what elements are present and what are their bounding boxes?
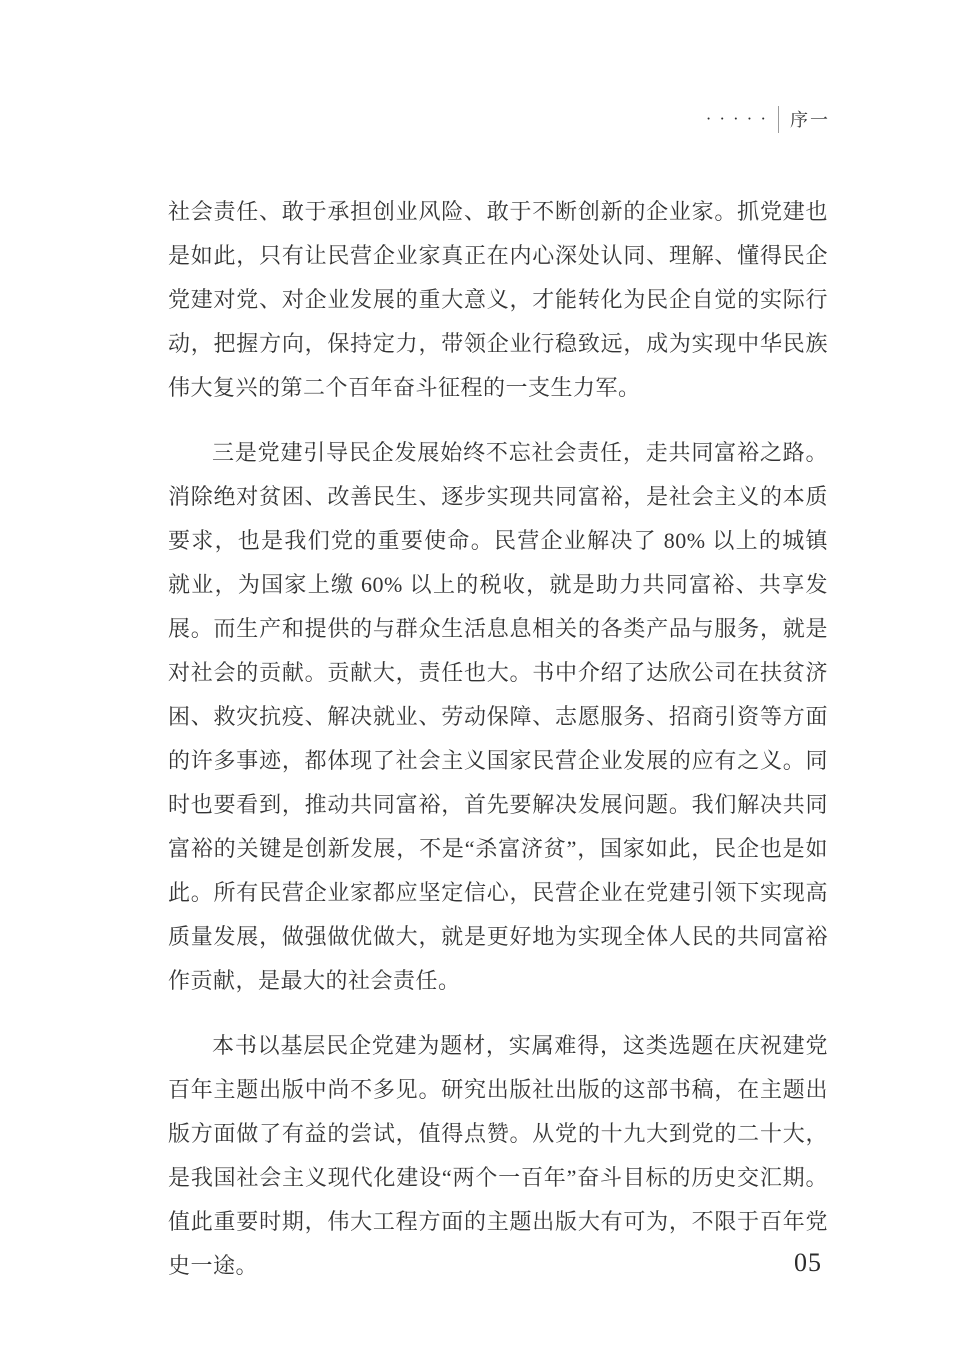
paragraph: 三是党建引导民企发展始终不忘社会责任，走共同富裕之路。消除绝对贫困、改善民生、逐… (168, 431, 828, 1003)
header-dots: ····· (706, 110, 774, 127)
paragraph: 本书以基层民企党建为题材，实属难得，这类选题在庆祝建党百年主题出版中尚不多见。研… (168, 1024, 828, 1288)
running-head: ····· 序一 (706, 106, 830, 133)
body-text-block: 社会责任、敢于承担创业风险、敢于不断创新的企业家。抓党建也是如此，只有让民营企业… (168, 190, 828, 1288)
header-divider (778, 106, 779, 133)
section-title: 序一 (790, 111, 830, 129)
page-number: 05 (794, 1247, 822, 1278)
paragraph-continuation: 社会责任、敢于承担创业风险、敢于不断创新的企业家。抓党建也是如此，只有让民营企业… (168, 190, 828, 410)
book-page: ····· 序一 社会责任、敢于承担创业风险、敢于不断创新的企业家。抓党建也是如… (0, 0, 964, 1361)
